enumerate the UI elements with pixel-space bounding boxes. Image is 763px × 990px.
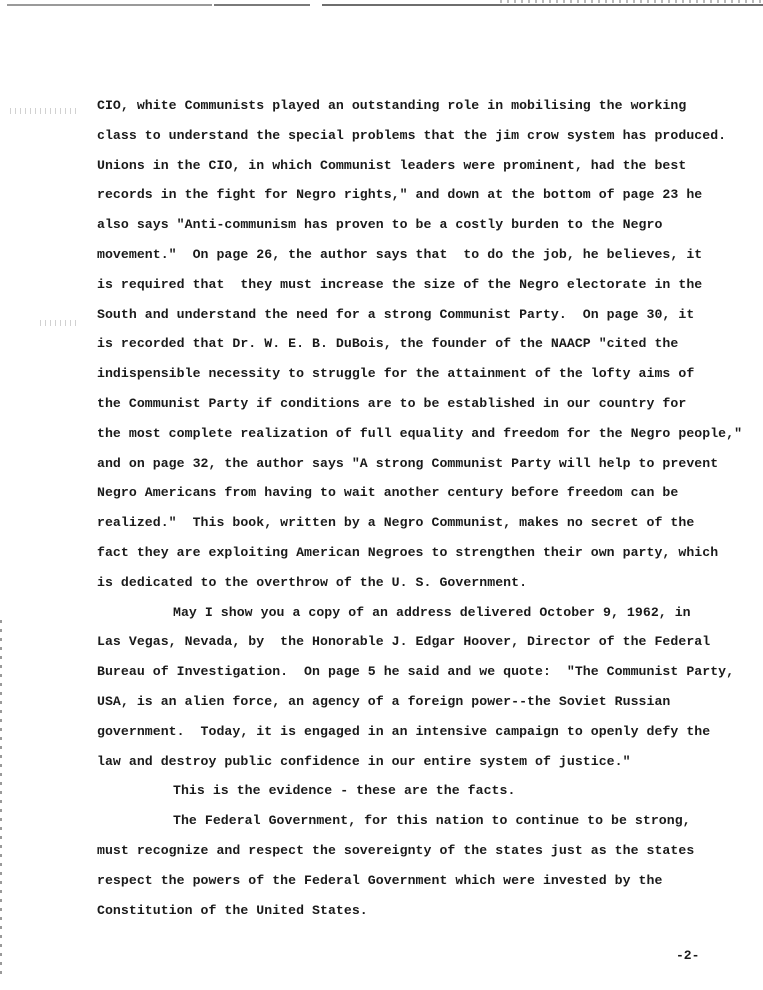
- paragraph-start-line: May I show you a copy of an address deli…: [97, 603, 727, 633]
- text-line: the most complete realization of full eq…: [97, 424, 727, 454]
- text-line: is dedicated to the overthrow of the U. …: [97, 573, 727, 603]
- text-line: is recorded that Dr. W. E. B. DuBois, th…: [97, 334, 727, 364]
- text-line: Bureau of Investigation. On page 5 he sa…: [97, 662, 727, 692]
- text-line: respect the powers of the Federal Govern…: [97, 871, 727, 901]
- scan-left-edge: [0, 620, 2, 980]
- text-line: realized." This book, written by a Negro…: [97, 513, 727, 543]
- text-line: and on page 32, the author says "A stron…: [97, 454, 727, 484]
- text-line: fact they are exploiting American Negroe…: [97, 543, 727, 573]
- paragraph-start-line: The Federal Government, for this nation …: [97, 811, 727, 841]
- text-line: government. Today, it is engaged in an i…: [97, 722, 727, 752]
- text-line: law and destroy public confidence in our…: [97, 752, 727, 782]
- top-border-rule: [214, 4, 310, 6]
- text-line: South and understand the need for a stro…: [97, 305, 727, 335]
- text-line: records in the fight for Negro rights," …: [97, 185, 727, 215]
- text-line: CIO, white Communists played an outstand…: [97, 96, 727, 126]
- text-line: Unions in the CIO, in which Communist le…: [97, 156, 727, 186]
- paragraph-start-line: This is the evidence - these are the fac…: [97, 781, 727, 811]
- text-line: is required that they must increase the …: [97, 275, 727, 305]
- scan-noise: [10, 108, 80, 114]
- text-line: USA, is an alien force, an agency of a f…: [97, 692, 727, 722]
- text-line: class to understand the special problems…: [97, 126, 727, 156]
- scan-noise: [40, 320, 80, 326]
- text-line: also says "Anti-communism has proven to …: [97, 215, 727, 245]
- page-number: -2-: [676, 948, 699, 963]
- text-line: indispensible necessity to struggle for …: [97, 364, 727, 394]
- text-line: movement." On page 26, the author says t…: [97, 245, 727, 275]
- top-border-rule: [322, 4, 763, 6]
- text-line: Las Vegas, Nevada, by the Honorable J. E…: [97, 632, 727, 662]
- text-line: the Communist Party if conditions are to…: [97, 394, 727, 424]
- text-line: must recognize and respect the sovereign…: [97, 841, 727, 871]
- scan-noise: [500, 0, 763, 3]
- text-line: Constitution of the United States.: [97, 901, 727, 931]
- top-border-rule: [7, 4, 212, 6]
- document-body: CIO, white Communists played an outstand…: [97, 96, 727, 930]
- text-line: Negro Americans from having to wait anot…: [97, 483, 727, 513]
